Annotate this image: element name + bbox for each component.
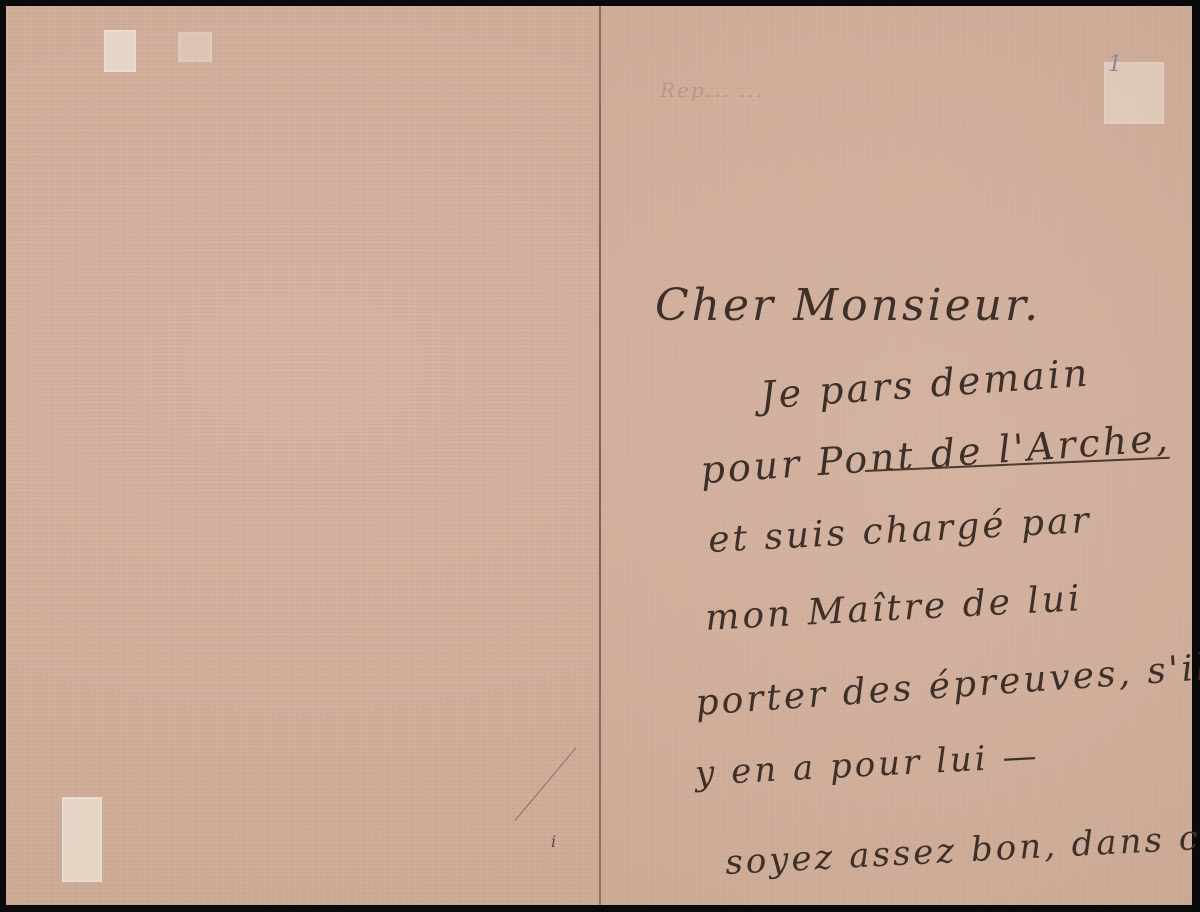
pencil-notation: Rep... ...	[660, 78, 764, 102]
pencil-mark-left-page: i	[551, 832, 556, 851]
tape-residue-top	[178, 32, 212, 62]
folio-number: 1	[1108, 52, 1122, 77]
tape-residue-top-left	[104, 30, 136, 72]
tape-residue-bottom-left	[62, 797, 102, 882]
letter-line-salutation: Cher Monsieur.	[655, 280, 1041, 331]
left-page-blank	[6, 6, 598, 905]
